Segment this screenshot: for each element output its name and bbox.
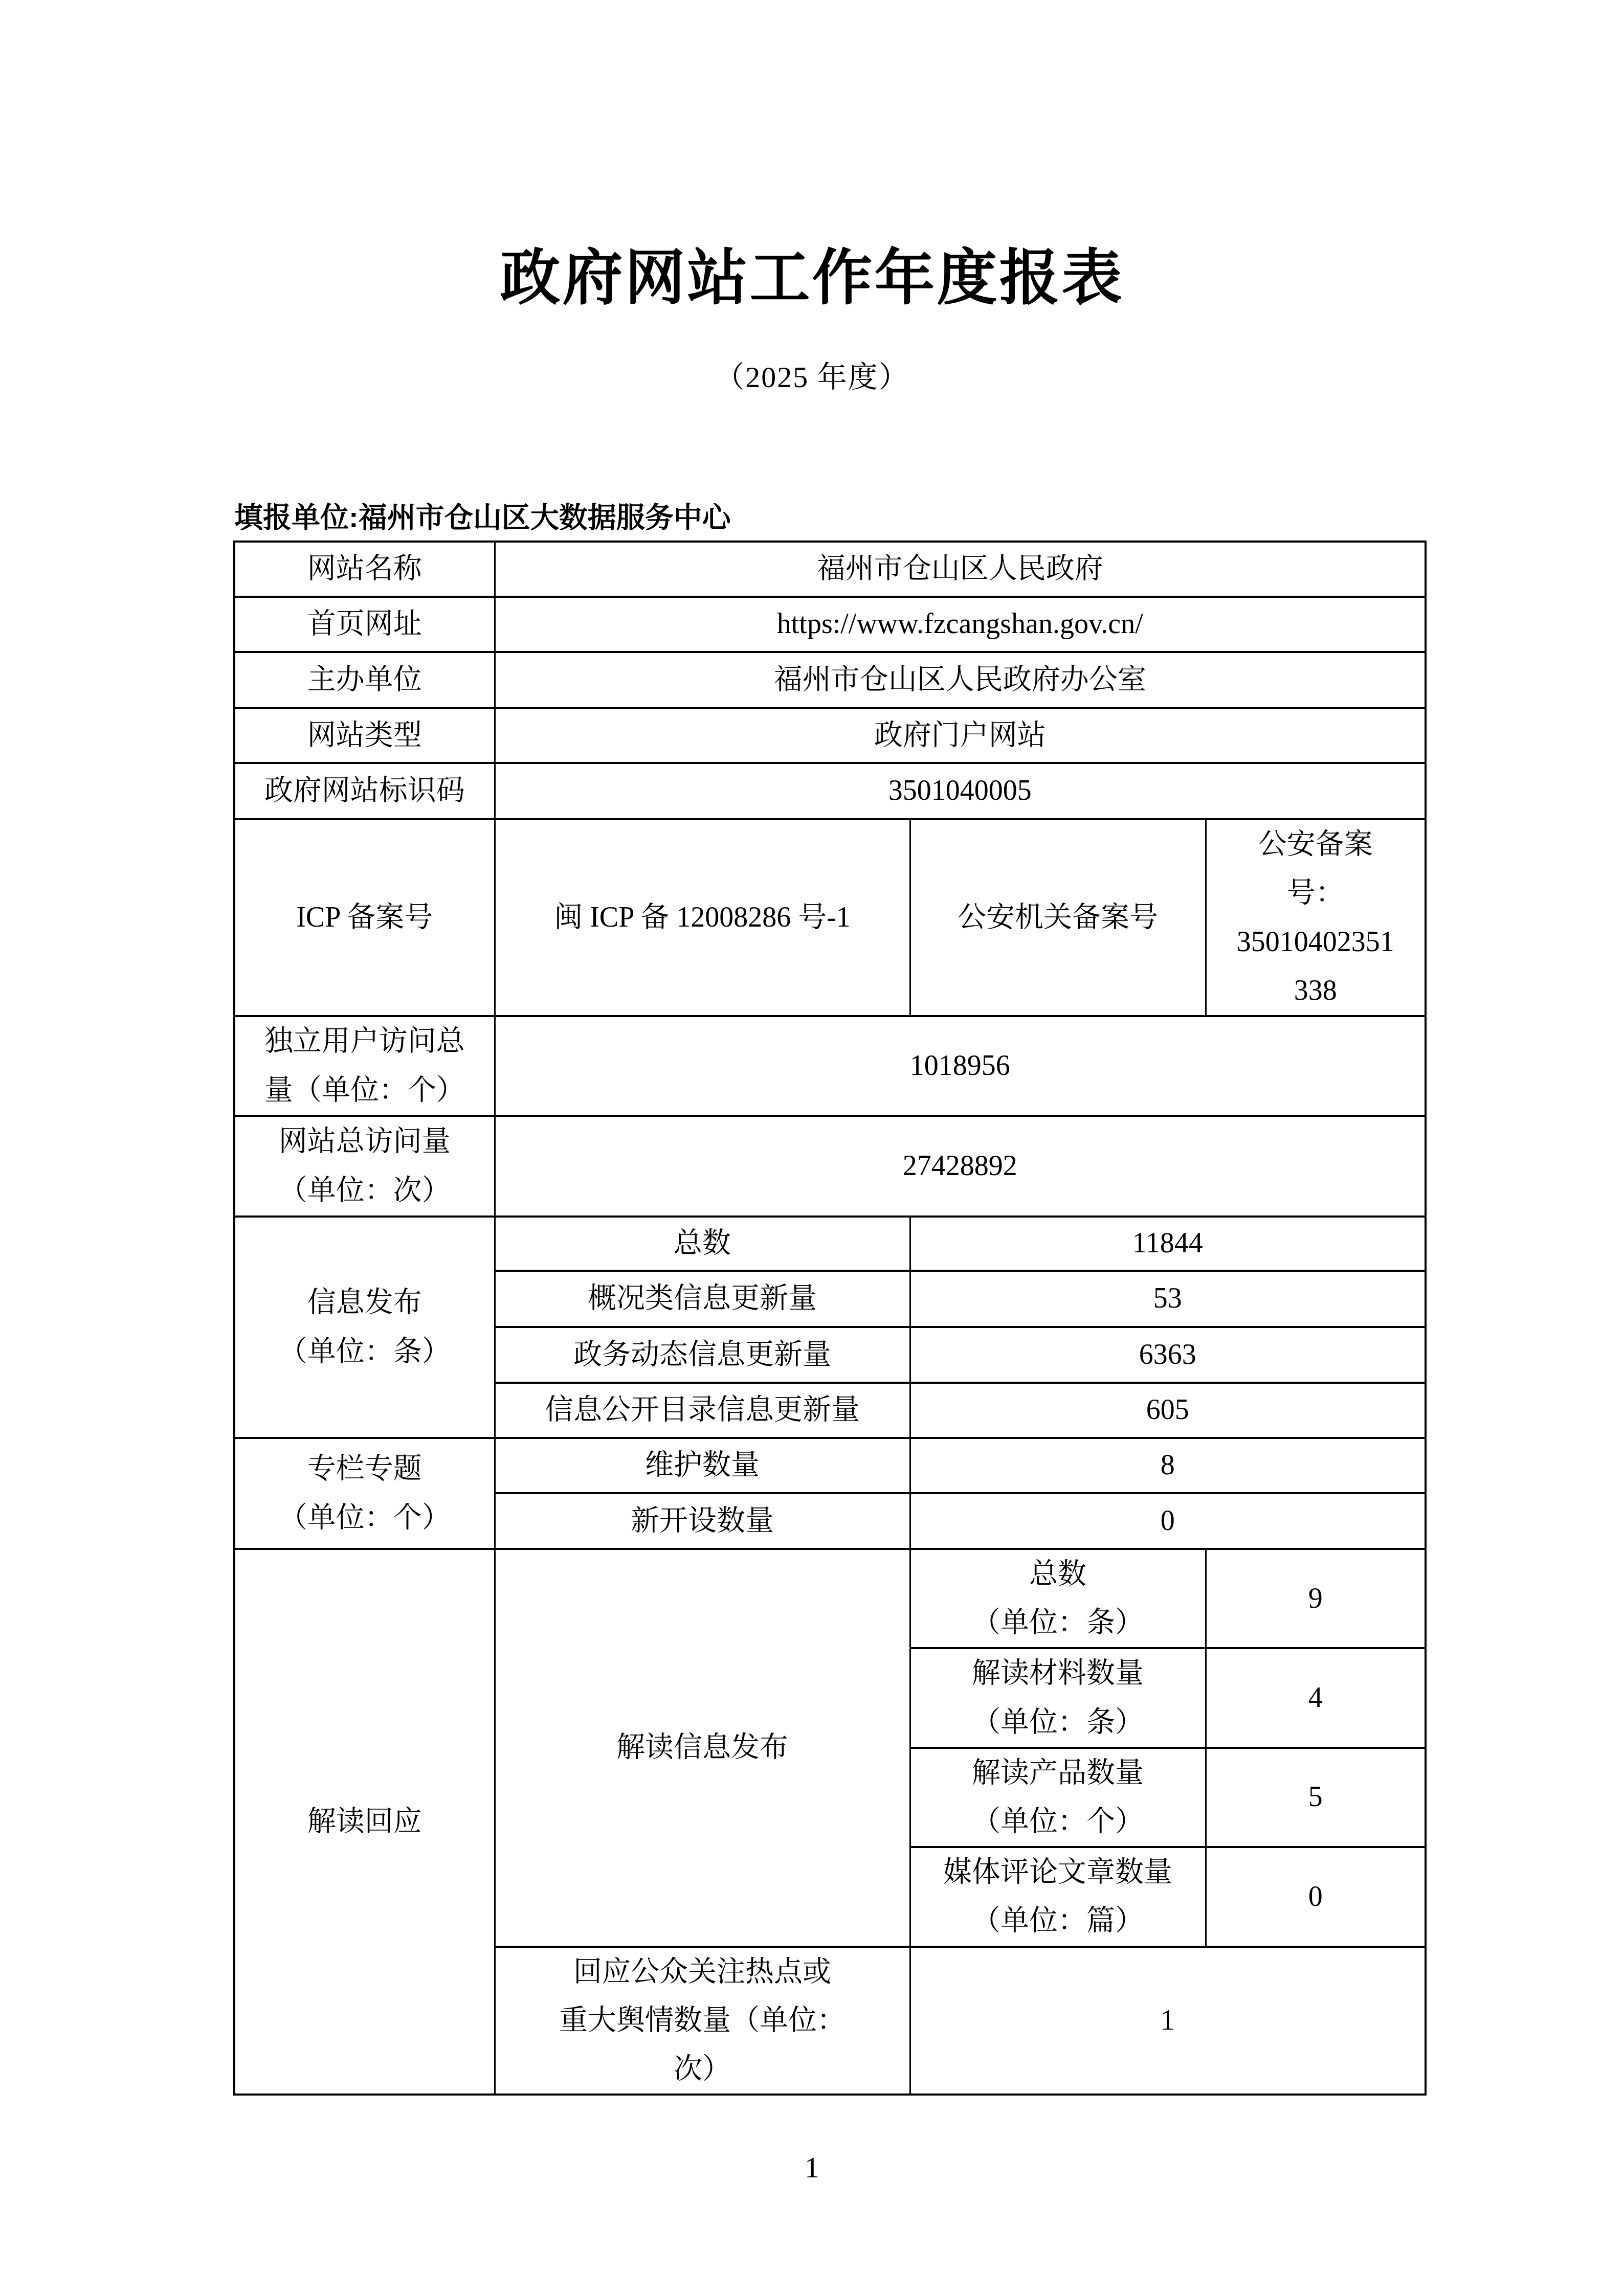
interpret-materials-label: 解读材料数量 （单位：条） — [910, 1648, 1206, 1747]
gov-news-updates-value: 6363 — [910, 1327, 1426, 1383]
maintained-columns-value: 8 — [910, 1438, 1426, 1493]
info-publish-group-label: 信息发布 （单位：条） — [234, 1217, 495, 1438]
page-number: 1 — [0, 2150, 1624, 2185]
psb-label: 公安机关备案号 — [910, 819, 1206, 1016]
disclosure-updates-value: 605 — [910, 1383, 1426, 1438]
media-comments-value: 0 — [1206, 1847, 1426, 1946]
total-visits-label: 网站总访问量 （单位：次） — [234, 1116, 495, 1217]
organizer-value: 福州市仓山区人民政府办公室 — [495, 652, 1426, 708]
row-site-id-code: 政府网站标识码 3501040005 — [234, 763, 1426, 819]
site-type-label: 网站类型 — [234, 708, 495, 763]
row-unique-visitors: 独立用户访问总 量（单位：个） 1018956 — [234, 1016, 1426, 1116]
overview-updates-label: 概况类信息更新量 — [495, 1271, 910, 1327]
new-columns-value: 0 — [910, 1493, 1426, 1549]
interpret-total-label: 总数 （单位：条） — [910, 1549, 1206, 1648]
hotspot-response-label: 回应公众关注热点或 重大舆情数量（单位： 次） — [495, 1947, 910, 2095]
interpret-publish-label: 解读信息发布 — [495, 1549, 910, 1947]
gov-news-updates-label: 政务动态信息更新量 — [495, 1327, 910, 1383]
row-site-type: 网站类型 政府门户网站 — [234, 708, 1426, 763]
row-homepage-url: 首页网址 https://www.fzcangshan.gov.cn/ — [234, 597, 1426, 652]
page-title: 政府网站工作年度报表 — [0, 229, 1624, 316]
interpret-group-label: 解读回应 — [234, 1549, 495, 2095]
new-columns-label: 新开设数量 — [495, 1493, 910, 1549]
interpret-products-label: 解读产品数量 （单位：个） — [910, 1748, 1206, 1847]
unique-visitors-value: 1018956 — [495, 1016, 1426, 1116]
site-name-value: 福州市仓山区人民政府 — [495, 542, 1426, 597]
row-interpret-total: 解读回应 解读信息发布 总数 （单位：条） 9 — [234, 1549, 1426, 1648]
info-publish-total-value: 11844 — [910, 1217, 1426, 1271]
hotspot-response-value: 1 — [910, 1947, 1426, 2095]
reporting-unit-line: 填报单位:福州市仓山区大数据服务中心 — [234, 495, 731, 536]
organizer-label: 主办单位 — [234, 652, 495, 708]
homepage-url-label: 首页网址 — [234, 597, 495, 652]
columns-topics-group-label: 专栏专题 （单位：个） — [234, 1438, 495, 1549]
row-maintained-columns: 专栏专题 （单位：个） 维护数量 8 — [234, 1438, 1426, 1493]
media-comments-label: 媒体评论文章数量 （单位：篇） — [910, 1847, 1206, 1946]
document-page: 政府网站工作年度报表 （2025 年度） 填报单位:福州市仓山区大数据服务中心 … — [0, 0, 1624, 2296]
row-total-visits: 网站总访问量 （单位：次） 27428892 — [234, 1116, 1426, 1217]
interpret-products-value: 5 — [1206, 1748, 1426, 1847]
homepage-url-value: https://www.fzcangshan.gov.cn/ — [495, 597, 1426, 652]
interpret-total-value: 9 — [1206, 1549, 1426, 1648]
icp-label: ICP 备案号 — [234, 819, 495, 1016]
annual-report-table: 网站名称 福州市仓山区人民政府 首页网址 https://www.fzcangs… — [233, 541, 1427, 2096]
interpret-materials-value: 4 — [1206, 1648, 1426, 1747]
total-visits-value: 27428892 — [495, 1116, 1426, 1217]
overview-updates-value: 53 — [910, 1271, 1426, 1327]
site-name-label: 网站名称 — [234, 542, 495, 597]
unique-visitors-label: 独立用户访问总 量（单位：个） — [234, 1016, 495, 1116]
disclosure-updates-label: 信息公开目录信息更新量 — [495, 1383, 910, 1438]
icp-value: 闽 ICP 备 12008286 号-1 — [495, 819, 910, 1016]
row-icp-psb: ICP 备案号 闽 ICP 备 12008286 号-1 公安机关备案号 公安备… — [234, 819, 1426, 1016]
site-id-code-label: 政府网站标识码 — [234, 763, 495, 819]
info-publish-total-label: 总数 — [495, 1217, 910, 1271]
page-subtitle: （2025 年度） — [0, 353, 1624, 396]
site-type-value: 政府门户网站 — [495, 708, 1426, 763]
row-site-name: 网站名称 福州市仓山区人民政府 — [234, 542, 1426, 597]
site-id-code-value: 3501040005 — [495, 763, 1426, 819]
psb-value: 公安备案 号： 35010402351 338 — [1206, 819, 1426, 1016]
row-organizer: 主办单位 福州市仓山区人民政府办公室 — [234, 652, 1426, 708]
row-info-publish-total: 信息发布 （单位：条） 总数 11844 — [234, 1217, 1426, 1271]
maintained-columns-label: 维护数量 — [495, 1438, 910, 1493]
